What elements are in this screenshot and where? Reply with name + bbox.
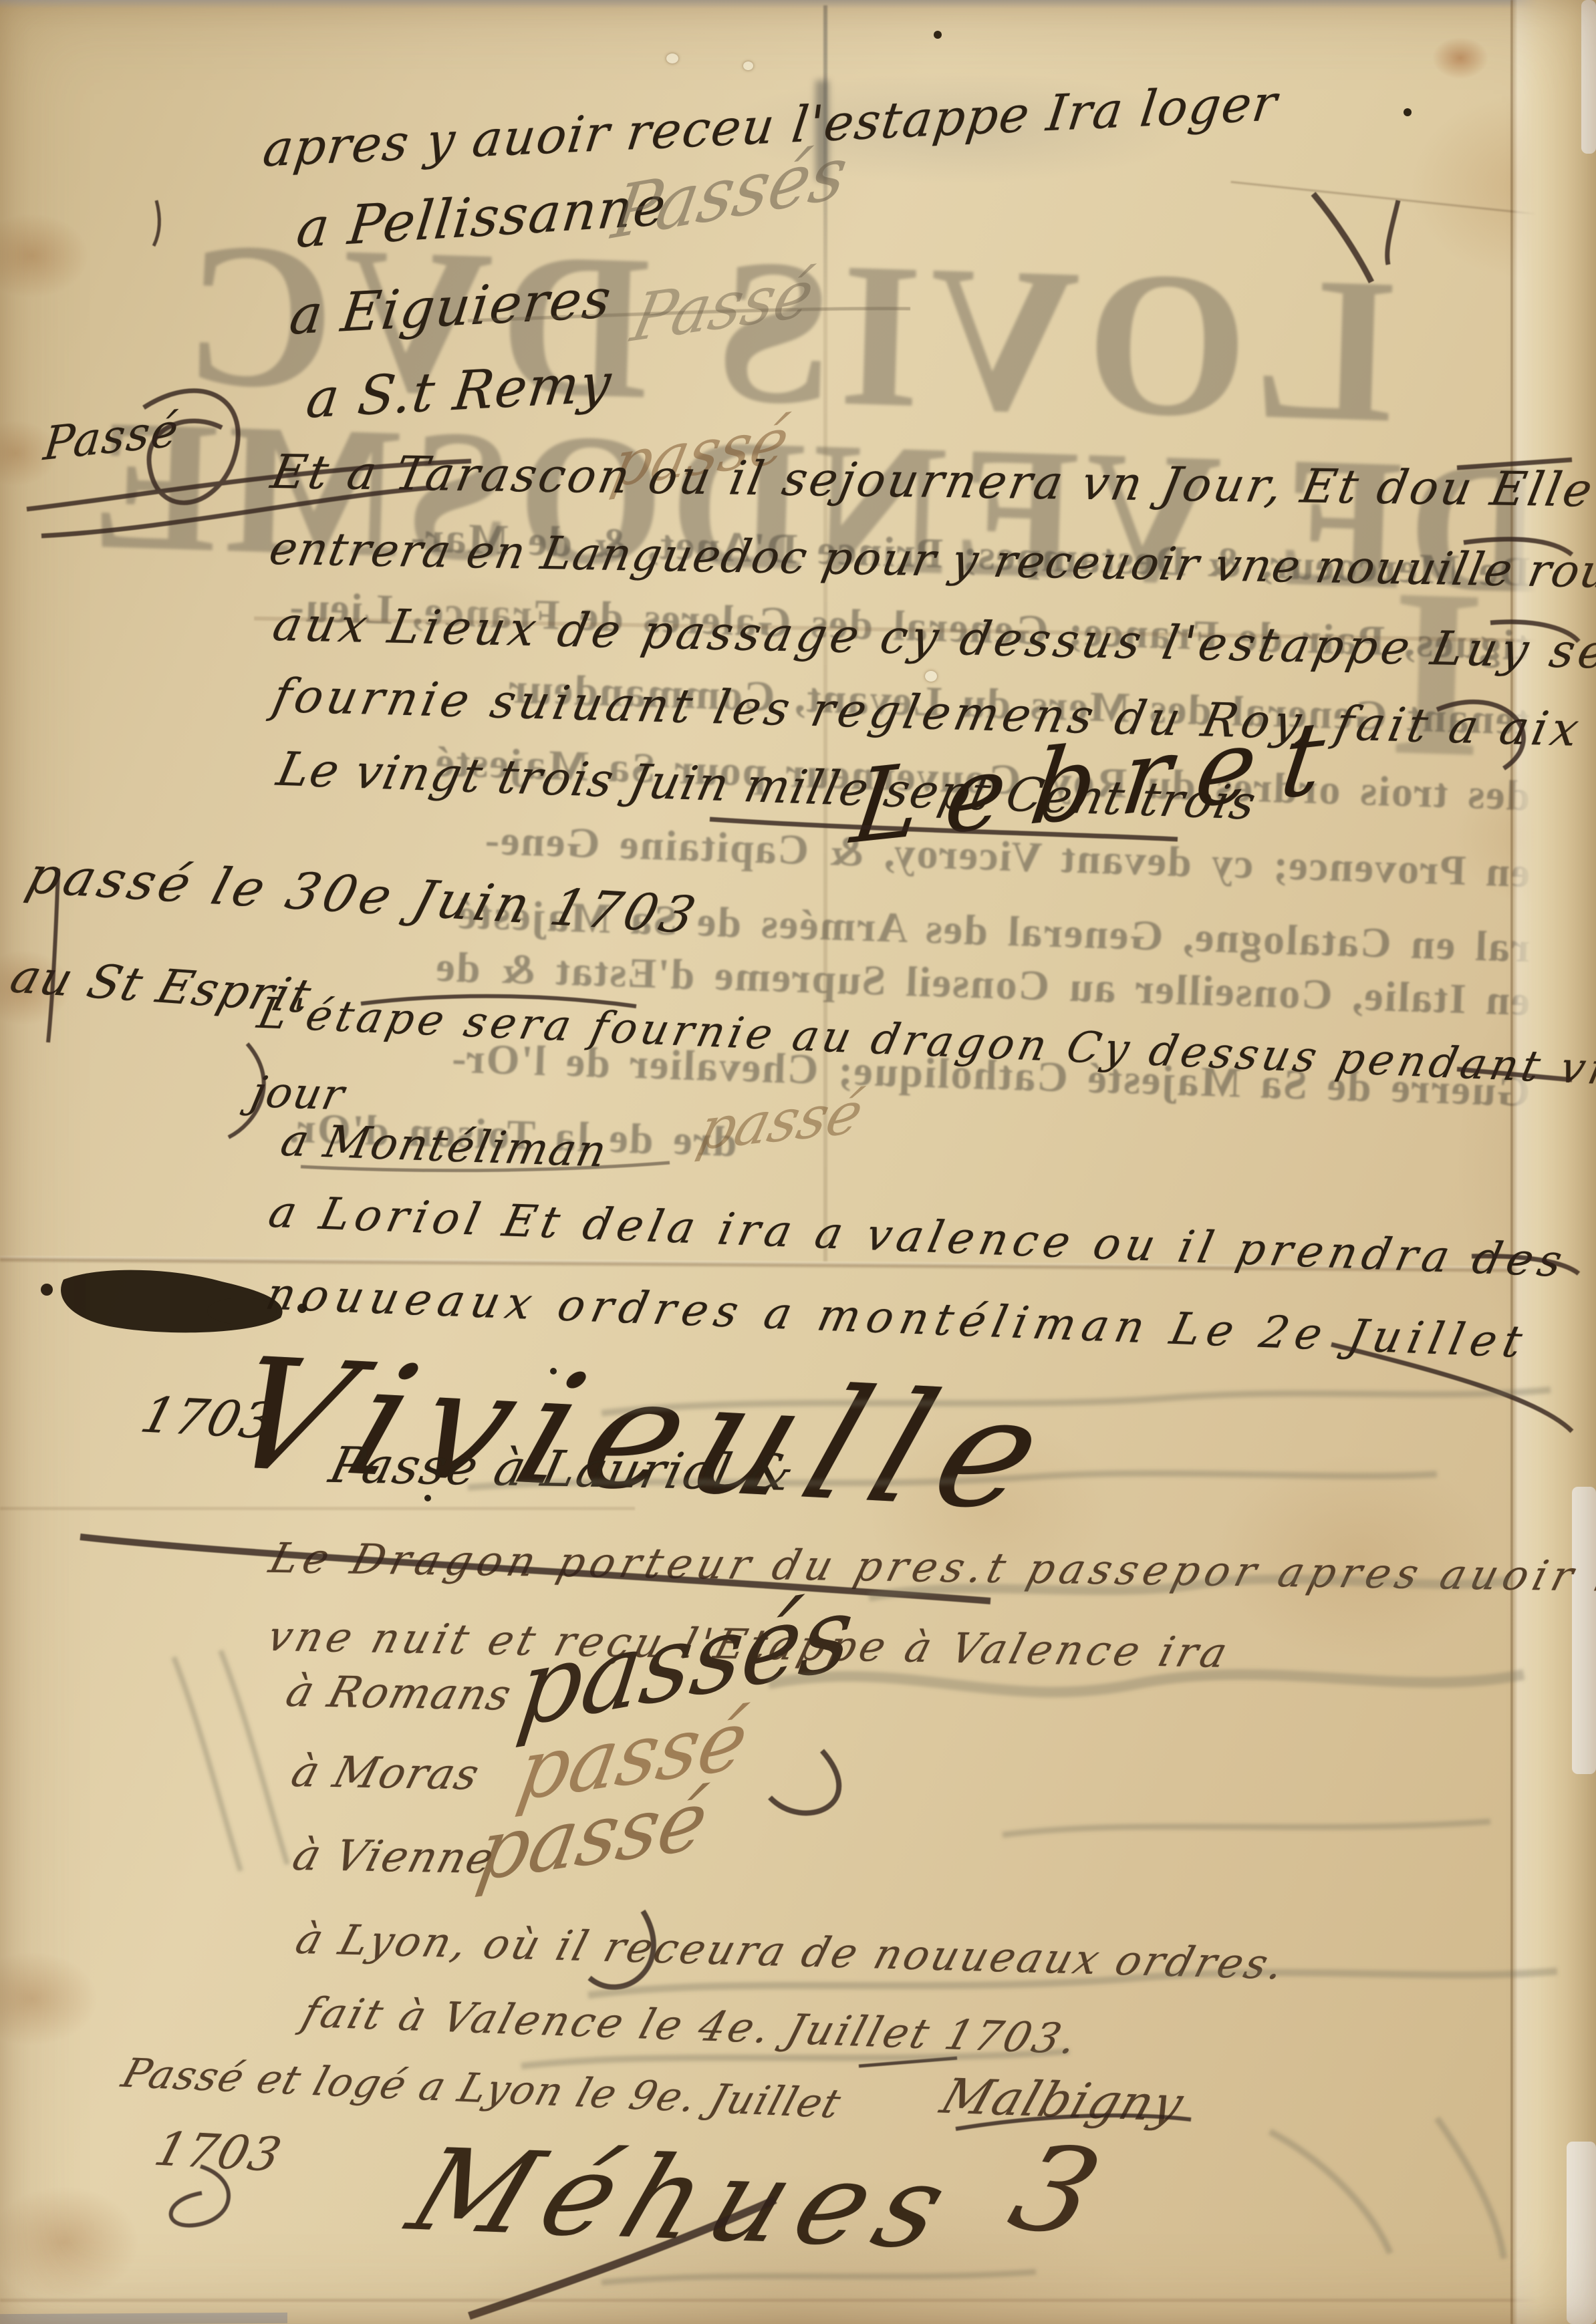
stop-moras: à Moras bbox=[286, 1747, 485, 1800]
order3-line-4-date: fait à Valence le 4e. Juillet 1703. bbox=[297, 1988, 1085, 2063]
order3-line-1: Le Dragon porteur du pres.t passepor apr… bbox=[265, 1534, 1596, 1601]
right-edge-fold bbox=[1512, 0, 1596, 2324]
manuscript-page: LOVIS DVC DE VENDOSME I De Mercoeur, & D… bbox=[0, 0, 1596, 2324]
stop-vienne: à Vienne bbox=[287, 1831, 500, 1884]
lyon-note: Passé et logé a Lyon le 9e. Juillet bbox=[117, 2050, 847, 2128]
order2-line-2: jour bbox=[247, 1068, 350, 1120]
order2-line-3: a Loriol Et dela ira a valence ou il pre… bbox=[264, 1186, 1572, 1287]
paper-hole bbox=[743, 61, 753, 70]
lyon-year-1703: 1703 bbox=[149, 2122, 288, 2182]
signature-vivieulle: Vivieulle bbox=[204, 1326, 1080, 1545]
note-passe-lauriol: Passé à Lauriol & bbox=[324, 1437, 801, 1502]
signature-mehues: Méhues bbox=[394, 2125, 976, 2275]
paraph-flourish: 3 bbox=[995, 2118, 1116, 2264]
paper-top-edge bbox=[0, 0, 1596, 9]
paper-hole bbox=[925, 671, 937, 682]
order3-line-3: à Lyon, où il receura de nouueaux ordres… bbox=[291, 1914, 1292, 1989]
passe-mark-vienne: passé bbox=[471, 1772, 715, 1900]
right-fold-line bbox=[1510, 0, 1512, 2324]
paper-bottom-edge bbox=[0, 2313, 287, 2324]
crease-bottom bbox=[0, 2299, 1596, 2302]
right-edge-gap bbox=[1567, 2142, 1596, 2324]
stop-romans: à Romans bbox=[281, 1667, 517, 1720]
paper-hole bbox=[666, 53, 678, 63]
right-edge-gap bbox=[1581, 0, 1596, 154]
right-edge-gap bbox=[1572, 1487, 1596, 1774]
stop-monteliman: a Montéliman bbox=[277, 1115, 612, 1177]
